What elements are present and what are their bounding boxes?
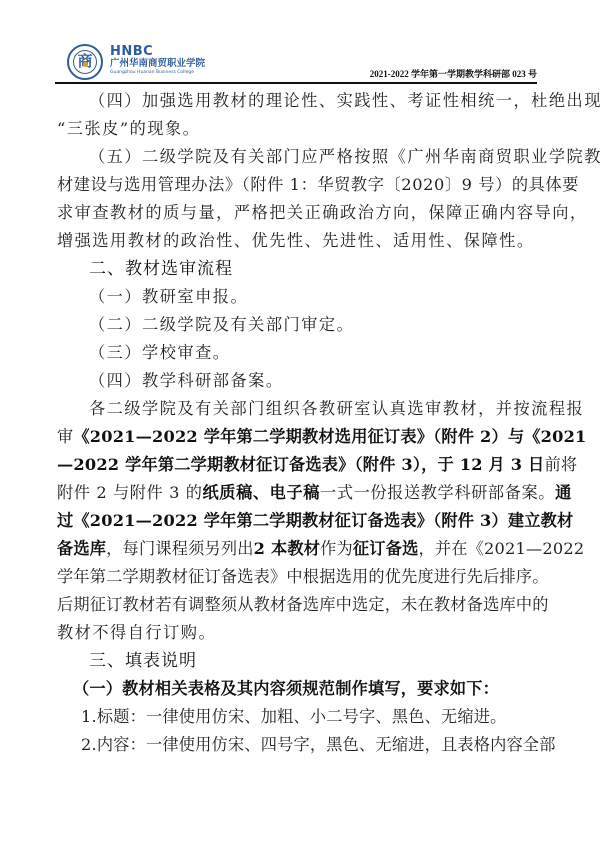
document-number: 2021-2022 学年第一学期教学科研部 023 号 [370,67,537,80]
list-item: 1.标题：一律使用仿宋、加粗、小二号字、黑色、无缩进。 [57,703,543,731]
paragraph-line: 各二级学院及有关部门组织各教研室认真选审教材，并按流程报 [57,395,543,423]
document-header: 商 HNBC 广州华南商贸职业学院 Guangzhou Huanan Busin… [55,38,537,83]
list-item: （一）教研室申报。 [57,283,543,311]
paragraph-line: （四）加强选用教材的理论性、实践性、考证性相统一，杜绝出现 [57,87,543,115]
paragraph-line: “三张皮”的现象。 [57,115,543,143]
paragraph-line: 教材不得自行订购。 [57,619,543,647]
bold-text-run: 纸质稿、电子稿 [203,483,321,502]
text-run: 审 [57,427,73,446]
paragraph-line: （五）二级学院及有关部门应严格按照《广州华南商贸职业学院教 [57,143,543,171]
emblem-dot [83,62,88,67]
paragraph-line: 备选库，每门课程须另列出2 本教材作为征订备选，并在《2021—2022 [57,535,543,563]
paragraph-line: 学年第二学期教材征订备选表》中根据选用的优先度进行先后排序。 [57,563,543,591]
college-logo-text: HNBC 广州华南商贸职业学院 Guangzhou Huanan Busines… [110,45,205,76]
subsection-heading: （一）教材相关表格及其内容须规范制作填写，要求如下： [57,675,543,703]
text-run: ，每门课程须另列出 [106,539,254,558]
college-name-en: Guangzhou Huanan Business College [110,70,205,76]
text-run: ，并在《2021—2022 [418,539,584,558]
paragraph-line: 材建设与选用管理办法》（附件 1：华贸教字〔2020〕9 号）的具体要 [57,171,543,199]
text-run: 附件 2 与附件 3 的 [57,483,203,502]
list-item: 2.内容：一律使用仿宋、四号字，黑色、无缩进，且表格内容全部 [57,731,543,759]
bold-text-run: 2 本教材 [254,539,320,558]
paragraph-line: 后期征订教材若有调整须从教材备选库中选定，未在教材备选库中的 [57,591,543,619]
section-heading: 三、填表说明 [57,647,543,675]
college-name-cn: 广州华南商贸职业学院 [110,58,205,70]
college-emblem-icon: 商 [67,44,103,80]
paragraph-line: 附件 2 与附件 3 的纸质稿、电子稿一式一份报送教学科研部备案。通 [57,479,543,507]
bold-text-run: 通 [555,483,572,502]
bold-text-run: 《2021—2022 学年第二学期教材选用征订表》（附件 2）与《2021 [73,427,586,446]
text-run: 一式一份报送教学科研部备案。 [320,483,555,502]
paragraph-line: —2022 学年第二学期教材征订备选表》（附件 3），于 12 月 3 日前将 [57,451,543,479]
bold-text-run: 征订备选 [353,539,419,558]
header-rule [55,82,537,84]
paragraph-line: 审《2021—2022 学年第二学期教材选用征订表》（附件 2）与《2021 [57,423,543,451]
list-item: （三）学校审查。 [57,339,543,367]
section-heading: 二、教材选审流程 [57,255,543,283]
bold-text-run: 备选库 [57,539,106,558]
bold-text-run: —2022 学年第二学期教材征订备选表》（附件 3），于 12 月 3 日 [57,455,544,474]
document-body: （四）加强选用教材的理论性、实践性、考证性相统一，杜绝出现 “三张皮”的现象。 … [57,87,543,759]
text-run: 作为 [320,539,353,558]
college-abbr: HNBC [110,45,205,58]
paragraph-line: 增强选用教材的政治性、优先性、先进性、适用性、保障性。 [57,227,543,255]
text-run: 前将 [544,455,577,474]
list-item: （四）教学科研部备案。 [57,367,543,395]
paragraph-line: 求审查教材的质与量，严格把关正确政治方向，保障正确内容导向， [57,199,543,227]
paragraph-line: 过《2021—2022 学年第二学期教材征订备选表》（附件 3）建立教材 [57,507,543,535]
list-item: （二）二级学院及有关部门审定。 [57,311,543,339]
